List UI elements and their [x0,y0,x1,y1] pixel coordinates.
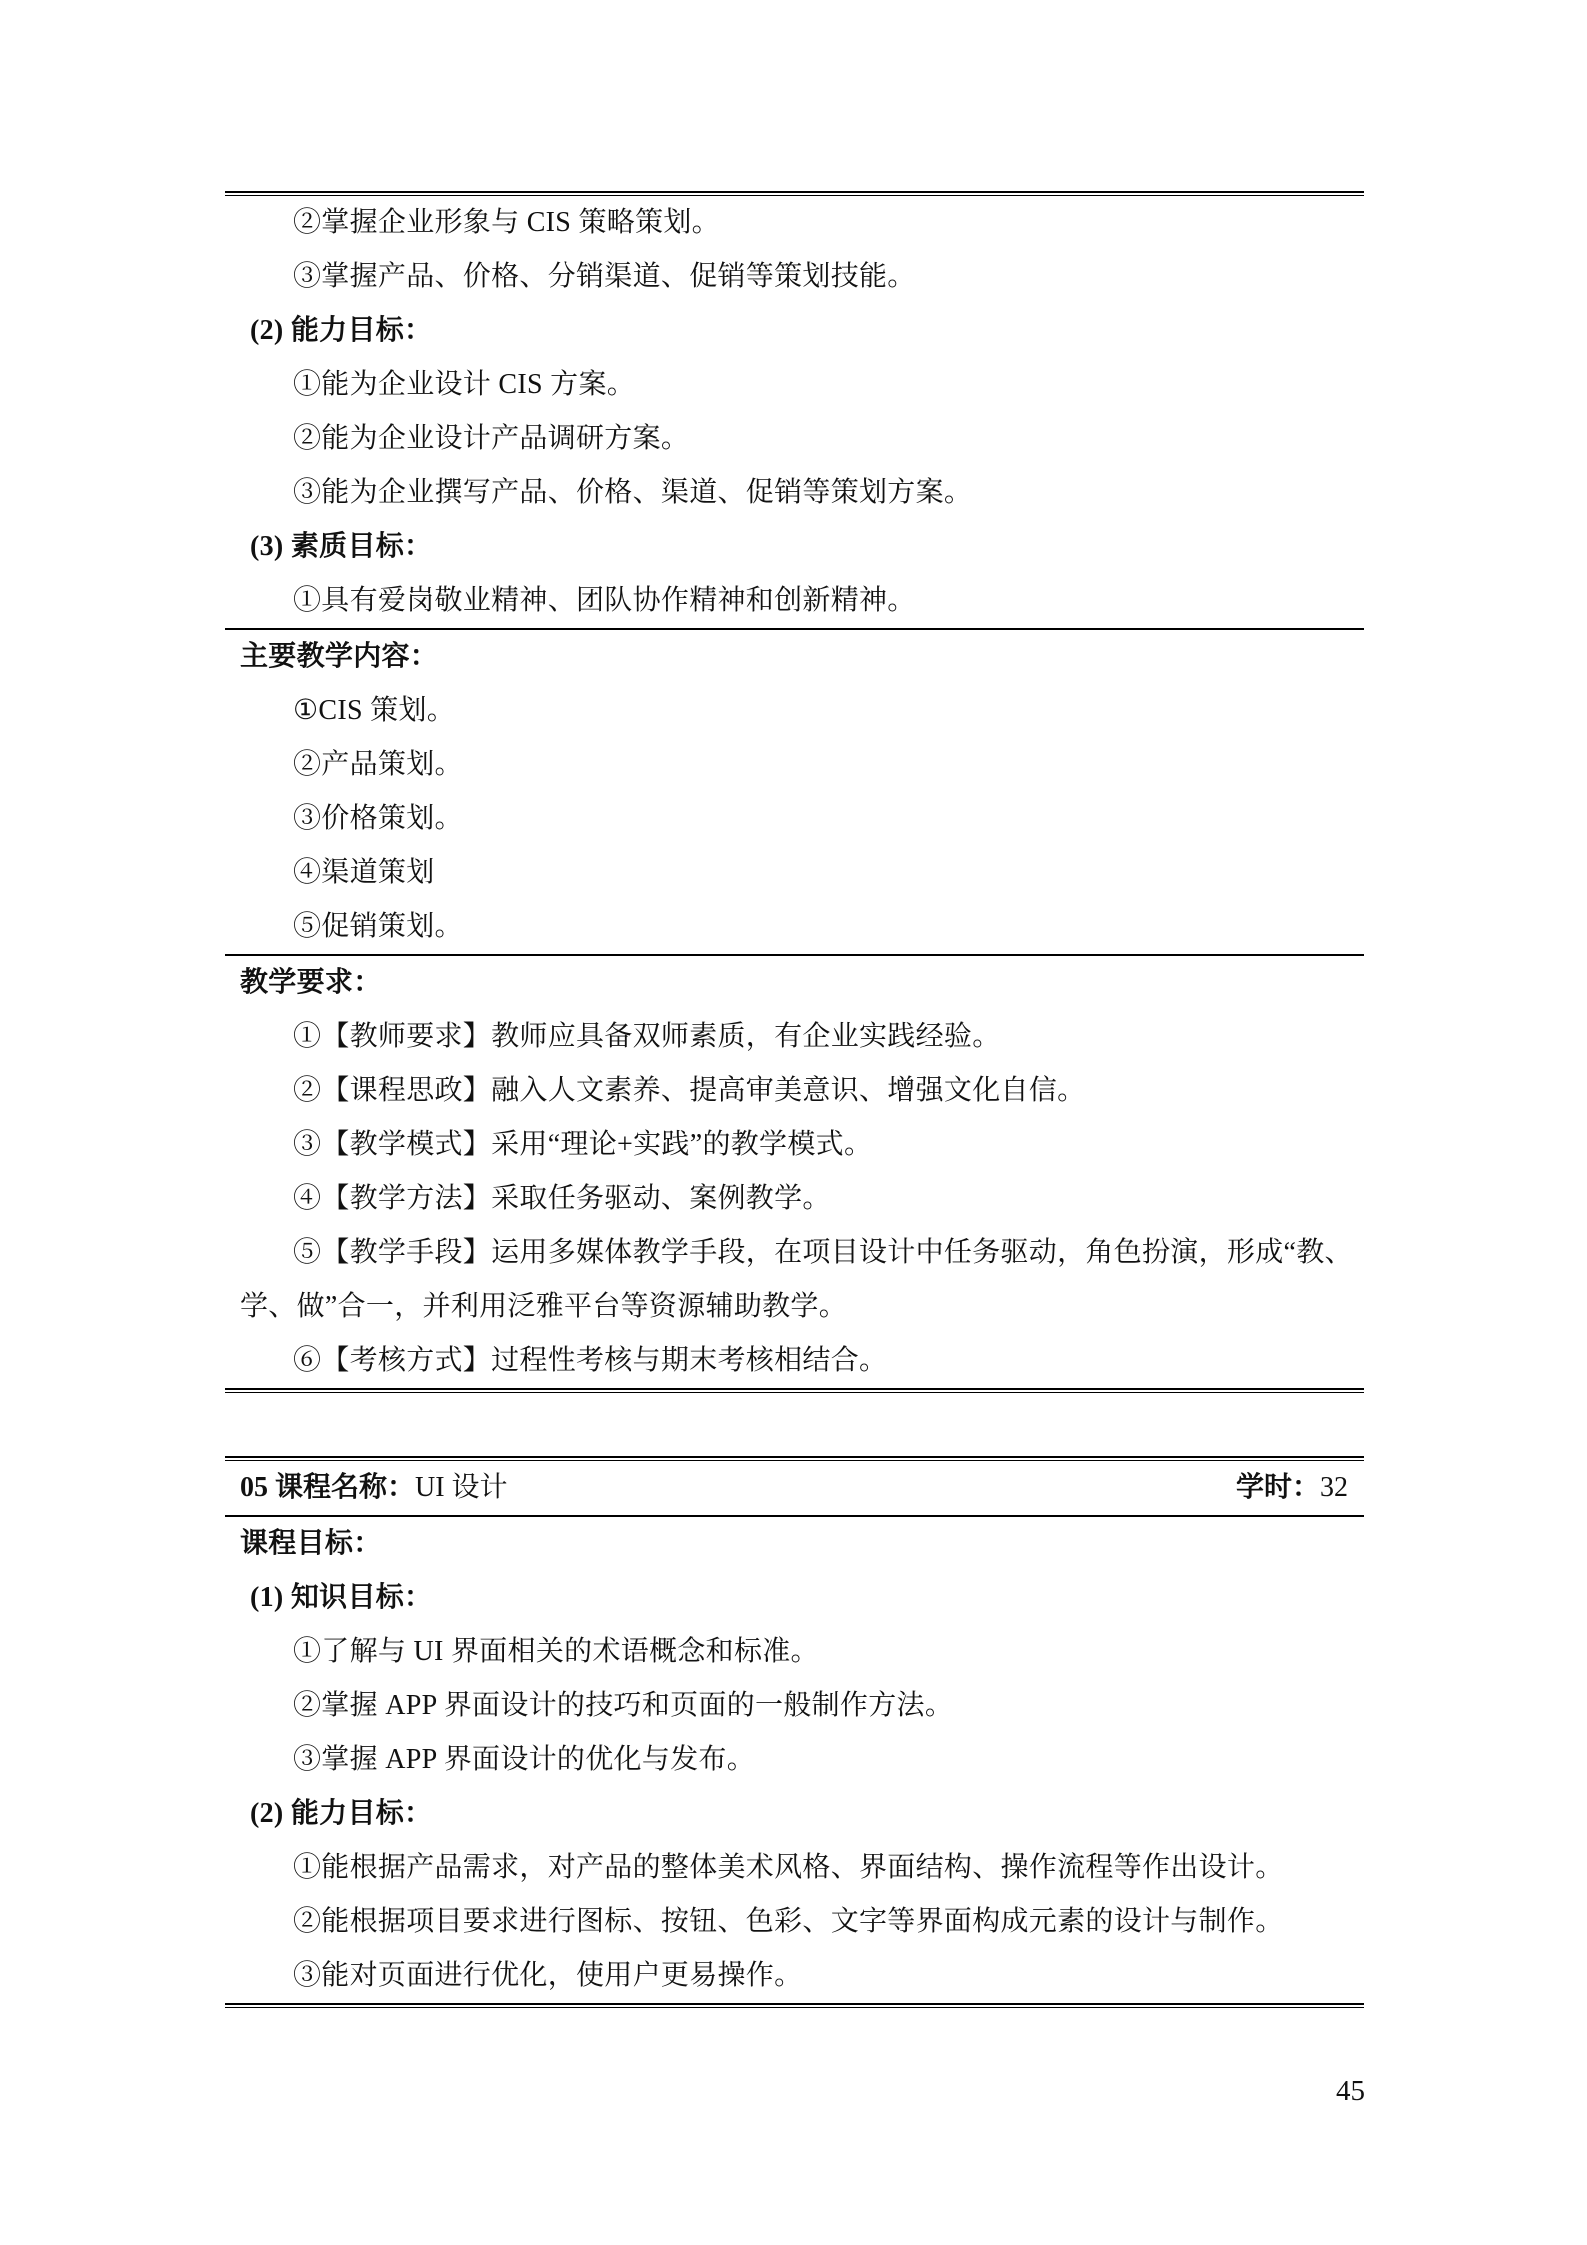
list-item: ②能根据项目要求进行图标、按钮、色彩、文字等界面构成元素的设计与制作。 [225,1895,1364,1949]
section-course04-requirements: 教学要求： ①【教师要求】教师应具备双师素质，有企业实践经验。 ②【课程思政】融… [225,956,1364,1388]
section-heading-goals: 课程目标： [225,1517,1364,1571]
list-item: ②【课程思政】融入人文素养、提高审美意识、增强文化自信。 [225,1064,1364,1118]
list-item: ②掌握 APP 界面设计的技巧和页面的一般制作方法。 [225,1679,1364,1733]
section-course05-goals: 课程目标： (1) 知识目标： ①了解与 UI 界面相关的术语概念和标准。 ②掌… [225,1517,1364,2003]
subsection-heading-quality: (3) 素质目标： [225,520,1364,574]
course-hours: 学时：32 [1236,1461,1364,1515]
section-heading-content: 主要教学内容： [225,630,1364,684]
list-item: ①能为企业设计 CIS 方案。 [225,358,1364,412]
section-course04-teaching-content: 主要教学内容： ①CIS 策划。 ②产品策划。 ③价格策划。 ④渠道策划 ⑤促销… [225,630,1364,954]
list-item: ①【教师要求】教师应具备双师素质，有企业实践经验。 [225,1010,1364,1064]
subsection-heading-ability: (2) 能力目标： [225,1787,1364,1841]
list-item: ③价格策划。 [225,792,1364,846]
content-column: ②掌握企业形象与 CIS 策略策划。 ③掌握产品、价格、分销渠道、促销等策划技能… [225,0,1364,2008]
section-heading-requirements: 教学要求： [225,956,1364,1010]
hours-value: 32 [1320,1472,1348,1503]
course-header-row: 05 课程名称：UI 设计 学时：32 [225,1461,1364,1515]
table-bottom-border [225,2003,1364,2008]
list-item: ③【教学模式】采用“理论+实践”的教学模式。 [225,1118,1364,1172]
section-course04-goals: ②掌握企业形象与 CIS 策略策划。 ③掌握产品、价格、分销渠道、促销等策划技能… [225,196,1364,628]
list-item: ①CIS 策划。 [225,684,1364,738]
list-item: ⑤【教学手段】运用多媒体教学手段，在项目设计中任务驱动，角色扮演，形成“教、 [225,1226,1364,1280]
list-item: ④【教学方法】采取任务驱动、案例教学。 [225,1172,1364,1226]
list-item-wrap: 学、做”合一，并利用泛雅平台等资源辅助教学。 [225,1280,1364,1334]
course-title: 05 课程名称：UI 设计 [225,1461,508,1515]
list-item: ⑥【考核方式】过程性考核与期末考核相结合。 [225,1334,1364,1388]
top-margin [225,0,1364,191]
document-page: ②掌握企业形象与 CIS 策略策划。 ③掌握产品、价格、分销渠道、促销等策划技能… [0,0,1587,2245]
table-gap [225,1393,1364,1456]
list-item: ②产品策划。 [225,738,1364,792]
list-item: ②能为企业设计产品调研方案。 [225,412,1364,466]
list-item: ②掌握企业形象与 CIS 策略策划。 [225,196,1364,250]
hours-label: 学时： [1236,1472,1320,1503]
list-item: ③能为企业撰写产品、价格、渠道、促销等策划方案。 [225,466,1364,520]
course-name: UI 设计 [415,1472,508,1503]
list-item: ③掌握 APP 界面设计的优化与发布。 [225,1733,1364,1787]
list-item: ①了解与 UI 界面相关的术语概念和标准。 [225,1625,1364,1679]
list-item: ③能对页面进行优化，使用户更易操作。 [225,1949,1364,2003]
list-item: ①能根据产品需求，对产品的整体美术风格、界面结构、操作流程等作出设计。 [225,1841,1364,1895]
subsection-heading-knowledge: (1) 知识目标： [225,1571,1364,1625]
list-item: ①具有爱岗敬业精神、团队协作精神和创新精神。 [225,574,1364,628]
page-number: 45 [1336,2076,1365,2106]
list-item: ④渠道策划 [225,846,1364,900]
list-item: ③掌握产品、价格、分销渠道、促销等策划技能。 [225,250,1364,304]
subsection-heading-ability: (2) 能力目标： [225,304,1364,358]
course-label: 05 课程名称： [240,1472,415,1503]
list-item: ⑤促销策划。 [225,900,1364,954]
